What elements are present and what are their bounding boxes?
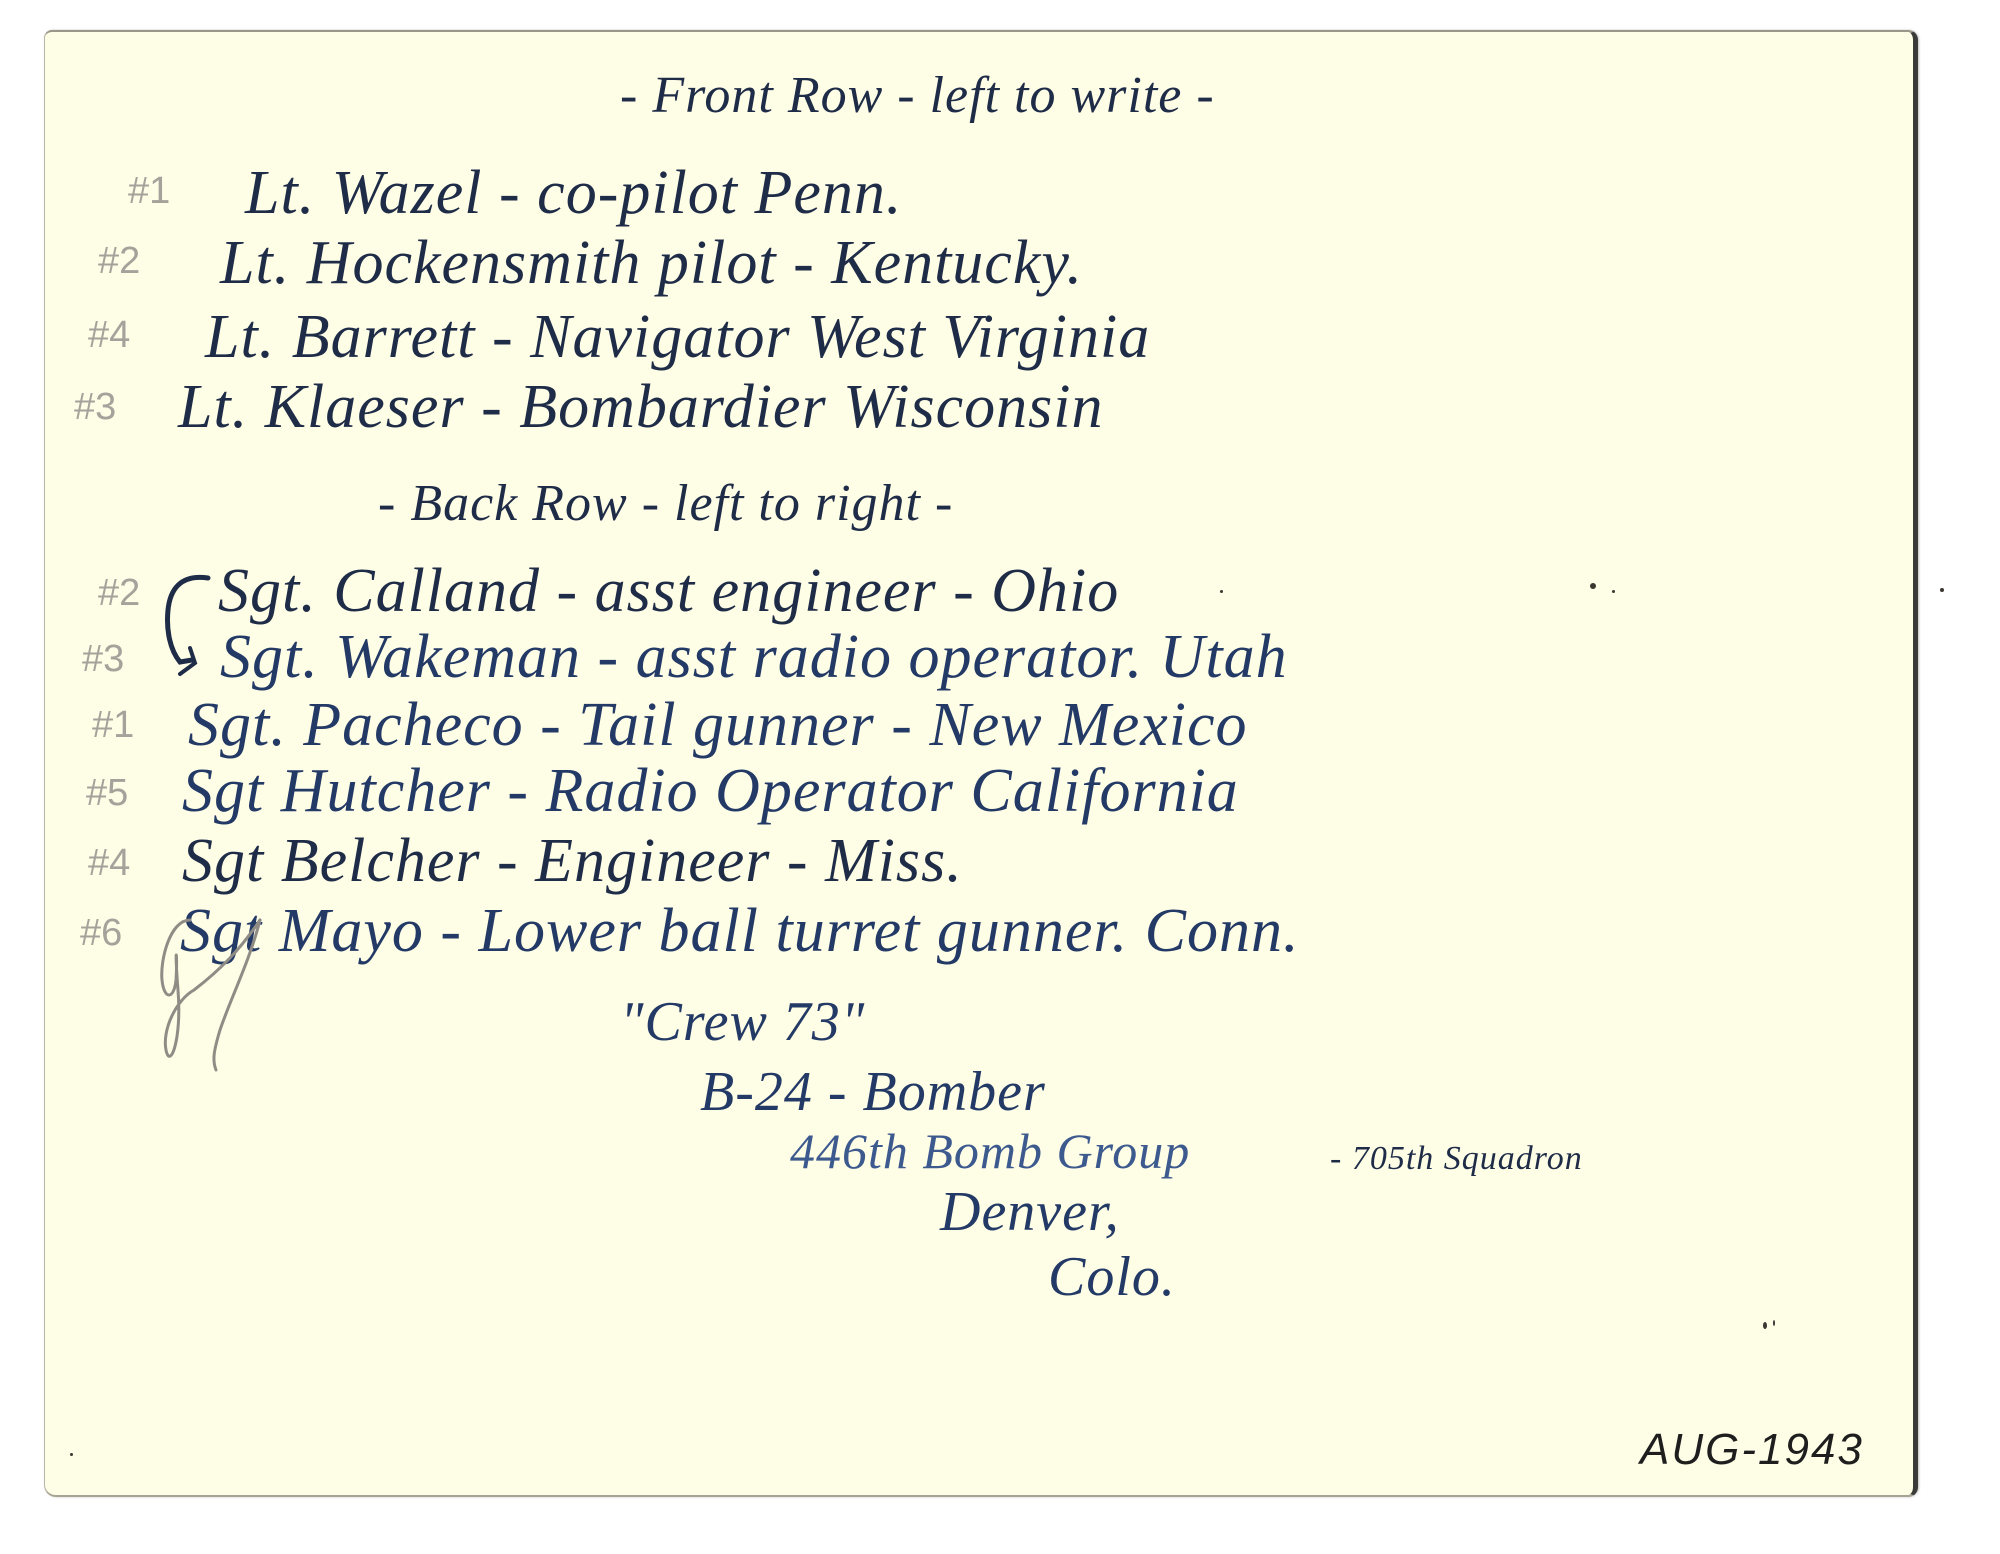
front-row-entry: Lt. Barrett - Navigator West Virginia — [205, 302, 1150, 373]
pencil-number: #1 — [128, 170, 170, 213]
pencil-check-mark-icon — [130, 880, 310, 1090]
back-row-entry: Sgt. Wakeman - asst radio operator. Utah — [220, 622, 1288, 693]
pencil-number: #4 — [88, 842, 130, 885]
pencil-number: #4 — [88, 314, 130, 357]
paper-speck — [1773, 1320, 1775, 1326]
pencil-number: #3 — [82, 638, 124, 681]
back-row-heading: - Back Row - left to right - — [378, 474, 953, 533]
back-row-entry: Sgt Hutcher - Radio Operator California — [182, 756, 1239, 827]
front-row-entry: Lt. Hockensmith pilot - Kentucky. — [220, 228, 1083, 299]
crew-label: "Crew 73" — [620, 990, 865, 1054]
paper-speck — [1220, 590, 1223, 593]
bracket-arrow-icon — [150, 570, 220, 680]
front-row-heading: - Front Row - left to write - — [620, 66, 1215, 125]
pencil-number: #2 — [98, 240, 140, 283]
front-row-entry: Lt. Wazel - co-pilot Penn. — [245, 158, 902, 229]
pencil-number: #2 — [98, 572, 140, 615]
pencil-number: #5 — [86, 772, 128, 815]
paper-speck — [70, 1453, 73, 1456]
pencil-number: #3 — [74, 386, 116, 429]
paper-speck — [1940, 588, 1944, 592]
bomb-group-label: 446th Bomb Group — [790, 1122, 1190, 1180]
front-row-entry: Lt. Klaeser - Bombardier Wisconsin — [178, 372, 1104, 443]
pencil-number: #6 — [80, 912, 122, 955]
pencil-number: #1 — [92, 704, 134, 747]
paper-speck — [1590, 583, 1596, 589]
paper-speck — [1612, 590, 1615, 593]
back-row-entry: Sgt. Calland - asst engineer - Ohio — [218, 556, 1119, 627]
paper-speck — [1763, 1322, 1767, 1329]
back-row-entry: Sgt Mayo - Lower ball turret gunner. Con… — [180, 896, 1300, 967]
city-label: Denver, — [940, 1180, 1120, 1244]
state-label: Colo. — [1048, 1245, 1176, 1309]
back-row-entry: Sgt. Pacheco - Tail gunner - New Mexico — [188, 690, 1248, 761]
squadron-label: - 705th Squadron — [1330, 1140, 1583, 1178]
aircraft-label: B-24 - Bomber — [700, 1060, 1046, 1124]
date-note: AUG-1943 — [1640, 1425, 1864, 1475]
